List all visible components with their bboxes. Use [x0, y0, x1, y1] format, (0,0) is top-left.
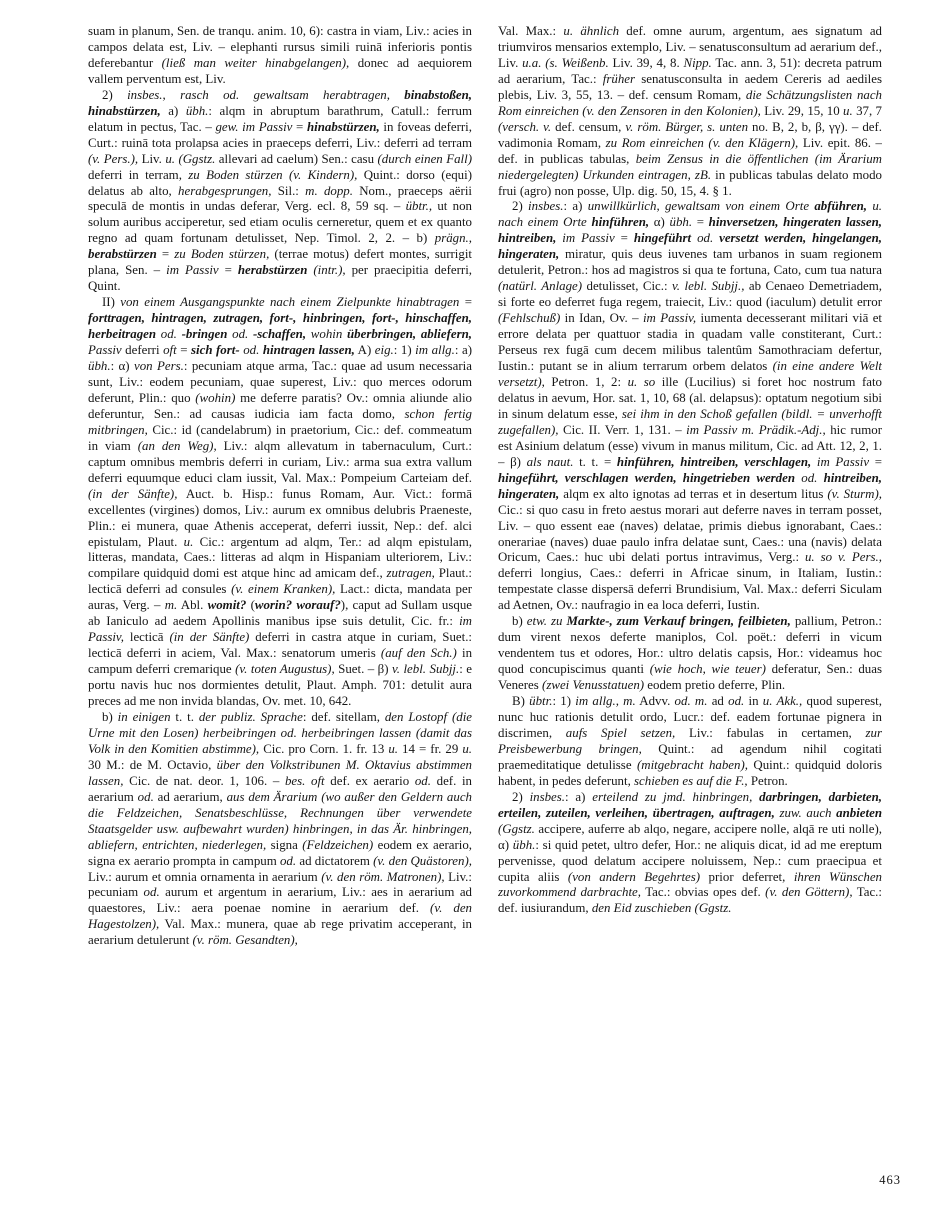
text-run: insbes.: [530, 790, 565, 804]
text-run: u.: [388, 742, 398, 756]
text-run: schieben es auf die F.,: [634, 774, 748, 788]
text-run: in Idan, Ov. –: [560, 311, 643, 325]
text-run: 37, 7: [853, 104, 882, 118]
text-run: signa: [266, 838, 302, 852]
text-run: u. Akk.,: [763, 694, 802, 708]
text-run: im Passiv: [817, 455, 869, 469]
text-run: hingeführt, verschlagen werden, hingetri…: [498, 471, 795, 485]
text-run: : a): [455, 343, 472, 357]
text-run: im Passiv: [166, 263, 219, 277]
text-run: zu Rom einreichen (v. den Klägern),: [606, 136, 799, 150]
text-run: etw. zu: [527, 614, 563, 628]
text-run: hinführen, hintreiben, verschlagen,: [617, 455, 811, 469]
text-run: überbringen, abliefern,: [347, 327, 472, 341]
text-run: übh.: [88, 359, 111, 373]
text-run: u.: [843, 104, 853, 118]
text-run: (zwei Venusstatuen): [542, 678, 644, 692]
text-run: eodem pretio deferre, Plin.: [644, 678, 785, 692]
dictionary-page: suam in planum, Sen. de tranqu. anim. 10…: [0, 0, 935, 1210]
text-run: Liv.: fabulas in certamen,: [675, 726, 865, 740]
text-run: (v. einem Kranken),: [231, 582, 335, 596]
text-run: =: [219, 263, 238, 277]
text-run: in: [744, 694, 763, 708]
text-run: Abl.: [177, 598, 207, 612]
text-run: : a): [564, 199, 588, 213]
text-run: (v. den röm. Matronen),: [321, 870, 444, 884]
text-run: 2): [102, 88, 127, 102]
text-run: od.: [280, 854, 296, 868]
text-run: od.: [243, 343, 259, 357]
text-run: hingeführt: [634, 231, 691, 245]
text-run: -bringen: [182, 327, 228, 341]
text-run: (: [246, 598, 255, 612]
text-run: den Eid zuschieben (Ggstz.: [592, 901, 732, 915]
text-run: Sil.:: [271, 184, 305, 198]
text-run: od. m.: [675, 694, 708, 708]
text-run: deferri: [122, 343, 163, 357]
text-run: Suet. – β): [335, 662, 392, 676]
text-run: -schaffen,: [253, 327, 306, 341]
text-run: ad dictatorem: [296, 854, 373, 868]
text-run: u.a. (s. Weißenb.: [522, 56, 609, 70]
text-columns: suam in planum, Sen. de tranqu. anim. 10…: [88, 24, 882, 1166]
text-run: Liv.: aurum et omnia ornamenta in aerari…: [88, 870, 321, 884]
text-run: deferri in terram,: [88, 168, 188, 182]
text-run: (mitgebracht haben),: [637, 758, 748, 772]
text-run: od.: [144, 885, 160, 899]
text-run: früher: [603, 72, 635, 86]
text-run: u. (Ggstz.: [165, 152, 215, 166]
dictionary-paragraph: II) von einem Ausgangspunkte nach einem …: [88, 295, 472, 710]
text-run: (von andern Begehrtes): [568, 870, 700, 884]
text-run: übh.: [670, 215, 693, 229]
dictionary-paragraph: 2) insbes.: a) unwillkürlich, gewaltsam …: [498, 199, 882, 614]
text-run: im Passiv m. Prädik.-Adj.,: [686, 423, 826, 437]
text-run: prior deferret,: [700, 870, 794, 884]
text-run: bes. oft: [285, 774, 325, 788]
text-run: abführen,: [814, 199, 867, 213]
dictionary-paragraph: Val. Max.: u. ähnlich def. omne aurum, a…: [498, 24, 882, 199]
text-run: def. ex aerario: [325, 774, 415, 788]
dictionary-paragraph: 2) insbes., rasch od. gewaltsam herabtra…: [88, 88, 472, 295]
text-run: (intr.),: [313, 263, 345, 277]
text-run: B): [512, 694, 529, 708]
text-run: übh.: [186, 104, 209, 118]
text-run: Markte-, zum Verkauf bringen, feilbieten…: [567, 614, 791, 628]
text-run: a): [161, 104, 186, 118]
text-run: =: [615, 231, 634, 245]
text-run: (Fehlschuß): [498, 311, 560, 325]
text-run: b): [512, 614, 527, 628]
text-run: 2): [512, 199, 528, 213]
text-run: zutragen,: [387, 566, 435, 580]
text-run: =: [292, 120, 307, 134]
text-run: od.: [232, 327, 248, 341]
text-run: insbes., rasch od. gewaltsam herabtragen…: [127, 88, 404, 102]
text-run: Liv.: [138, 152, 165, 166]
text-run: hinabstürzen,: [307, 120, 380, 134]
left-column: suam in planum, Sen. de tranqu. anim. 10…: [88, 24, 472, 1166]
text-run: m.: [165, 598, 178, 612]
text-run: prägn.,: [435, 231, 472, 245]
text-run: : a): [565, 790, 592, 804]
text-run: m. dopp.: [305, 184, 353, 198]
text-run: (v. röm. Gesandten),: [193, 933, 298, 947]
dictionary-paragraph: b) etw. zu Markte-, zum Verkauf bringen,…: [498, 614, 882, 694]
text-run: insbes.: [528, 199, 563, 213]
text-run: (natürl. Anlage): [498, 279, 582, 293]
text-run: (auf den Sch.): [381, 646, 457, 660]
text-run: (v. toten Augustus),: [235, 662, 335, 676]
text-run: wohin: [311, 327, 343, 341]
text-run: u.: [462, 742, 472, 756]
text-run: (Ggstz.: [498, 822, 535, 836]
text-run: oft: [163, 343, 177, 357]
text-run: (versch. v.: [498, 120, 551, 134]
text-run: übtr.: [529, 694, 552, 708]
text-run: worin? worauf?: [255, 598, 341, 612]
text-run: =: [869, 455, 882, 469]
page-number: 463: [879, 1173, 901, 1188]
text-run: Petron.: [748, 774, 788, 788]
text-run: zu Boden stürzen,: [174, 247, 269, 261]
dictionary-paragraph: 2) insbes.: a) erteilend zu jmd. hinbrin…: [498, 790, 882, 918]
text-run: Advv.: [636, 694, 675, 708]
text-run: v. lebl. Subjj.,: [672, 279, 744, 293]
text-run: im allg., m.: [575, 694, 635, 708]
text-run: gew. im Passiv: [215, 120, 292, 134]
text-run: aufs Spiel setzen,: [566, 726, 675, 740]
text-run: od.: [801, 471, 817, 485]
text-run: von Pers.: [134, 359, 184, 373]
text-run: detulisset, Cic.:: [582, 279, 672, 293]
text-run: hintragen lassen,: [263, 343, 355, 357]
text-run: u. so v. Pers.,: [805, 550, 882, 564]
text-run: 2): [512, 790, 530, 804]
text-run: (wie hoch, wie teuer): [650, 662, 766, 676]
text-run: b): [102, 710, 118, 724]
text-run: t. t. =: [573, 455, 616, 469]
text-run: =: [177, 343, 191, 357]
text-run: 14 = fr. 29: [398, 742, 462, 756]
dictionary-paragraph: B) übtr.: 1) im allg., m. Advv. od. m. a…: [498, 694, 882, 790]
text-run: erteilend zu jmd. hinbringen,: [592, 790, 752, 804]
text-run: zu Boden stürzen (v. Kindern),: [188, 168, 357, 182]
text-run: in einigen: [118, 710, 171, 724]
text-run: II): [102, 295, 120, 309]
text-run: A): [355, 343, 375, 357]
text-run: womit?: [208, 598, 247, 612]
text-run: allevari ad caelum) Sen.: casu: [215, 152, 377, 166]
text-run: herabstürzen: [238, 263, 308, 277]
text-run: (in der Sänfte): [169, 630, 249, 644]
text-run: od.: [161, 327, 177, 341]
text-run: u.: [184, 535, 194, 549]
text-run: sich fort-: [191, 343, 240, 357]
text-run: übtr.,: [406, 199, 433, 213]
text-run: Liv. 39, 4, 8.: [609, 56, 684, 70]
text-run: (v. Pers.),: [88, 152, 138, 166]
text-run: Tac.: obvias opes def.: [641, 885, 765, 899]
text-run: Cic. II. Verr. 1, 131. –: [559, 423, 687, 437]
text-run: (durch einen Fall): [377, 152, 472, 166]
text-run: Liv. 29, 15, 10: [761, 104, 843, 118]
text-run: v. röm. Bürger, s. unten: [625, 120, 748, 134]
text-run: =: [157, 247, 174, 261]
text-run: u. ähnlich: [563, 24, 619, 38]
text-run: zuw. auch: [779, 806, 831, 820]
text-run: od.: [728, 694, 744, 708]
text-run: Val. Max.:: [498, 24, 563, 38]
dictionary-paragraph: b) in einigen t. t. der publiz. Sprache:…: [88, 710, 472, 949]
text-run: anbieten: [836, 806, 882, 820]
text-run: im allg.: [415, 343, 455, 357]
text-run: Petron. 1, 2:: [545, 375, 628, 389]
text-run: def. censum,: [551, 120, 625, 134]
text-run: od.: [138, 790, 154, 804]
text-run: hinführen,: [591, 215, 649, 229]
text-run: lecticā: [124, 630, 170, 644]
text-run: von einem Ausgangspunkte nach einem Ziel…: [120, 295, 459, 309]
text-run: ad aerarium,: [154, 790, 227, 804]
text-run: im Passiv: [562, 231, 614, 245]
text-run: od.: [697, 231, 713, 245]
text-run: : 1): [394, 343, 415, 357]
text-run: (Feldzeichen): [302, 838, 373, 852]
text-run: od.: [415, 774, 431, 788]
text-run: eig.: [375, 343, 394, 357]
text-run: ad: [707, 694, 728, 708]
text-run: 30 M.: de M. Octavio,: [88, 758, 217, 772]
text-run: (an den Weg),: [138, 439, 217, 453]
text-run: Nipp.: [683, 56, 711, 70]
dictionary-paragraph: suam in planum, Sen. de tranqu. anim. 10…: [88, 24, 472, 88]
text-run: im Passiv,: [643, 311, 696, 325]
text-run: =: [459, 295, 472, 309]
text-run: Cic. de nat. deor. 1, 106. –: [123, 774, 285, 788]
text-run: α): [649, 215, 669, 229]
text-run: (v. den Quästoren),: [373, 854, 472, 868]
text-run: Passiv: [88, 343, 122, 357]
text-run: u. so: [628, 375, 656, 389]
text-run: herabgesprungen,: [178, 184, 271, 198]
text-run: =: [692, 215, 709, 229]
text-run: Cic. pro Corn. 1. fr. 13: [259, 742, 388, 756]
right-column: Val. Max.: u. ähnlich def. omne aurum, a…: [498, 24, 882, 1166]
text-run: (v. Sturm),: [827, 487, 882, 501]
text-run: : def. sitellam,: [303, 710, 385, 724]
text-run: t. t.: [171, 710, 199, 724]
text-run: v. lebl. Subjj.: [392, 662, 459, 676]
text-run: (in der Sänfte),: [88, 487, 177, 501]
text-run: (v. den Göttern),: [765, 885, 852, 899]
text-run: unwillkürlich, gewaltsam von einem Orte: [588, 199, 809, 213]
text-run: übh.: [513, 838, 536, 852]
text-run: (wohin): [195, 391, 235, 405]
text-run: als naut.: [527, 455, 574, 469]
text-run: der publiz. Sprache: [199, 710, 303, 724]
text-run: alqm ex alto ignotas ad terras et in des…: [559, 487, 827, 501]
text-run: deferri longius, Caes.: deferri in Afric…: [498, 566, 882, 612]
text-run: : α): [111, 359, 134, 373]
text-run: (ließ man weiter hinabgelangen),: [162, 56, 350, 70]
text-run: berabstürzen: [88, 247, 157, 261]
text-run: : 1): [552, 694, 575, 708]
